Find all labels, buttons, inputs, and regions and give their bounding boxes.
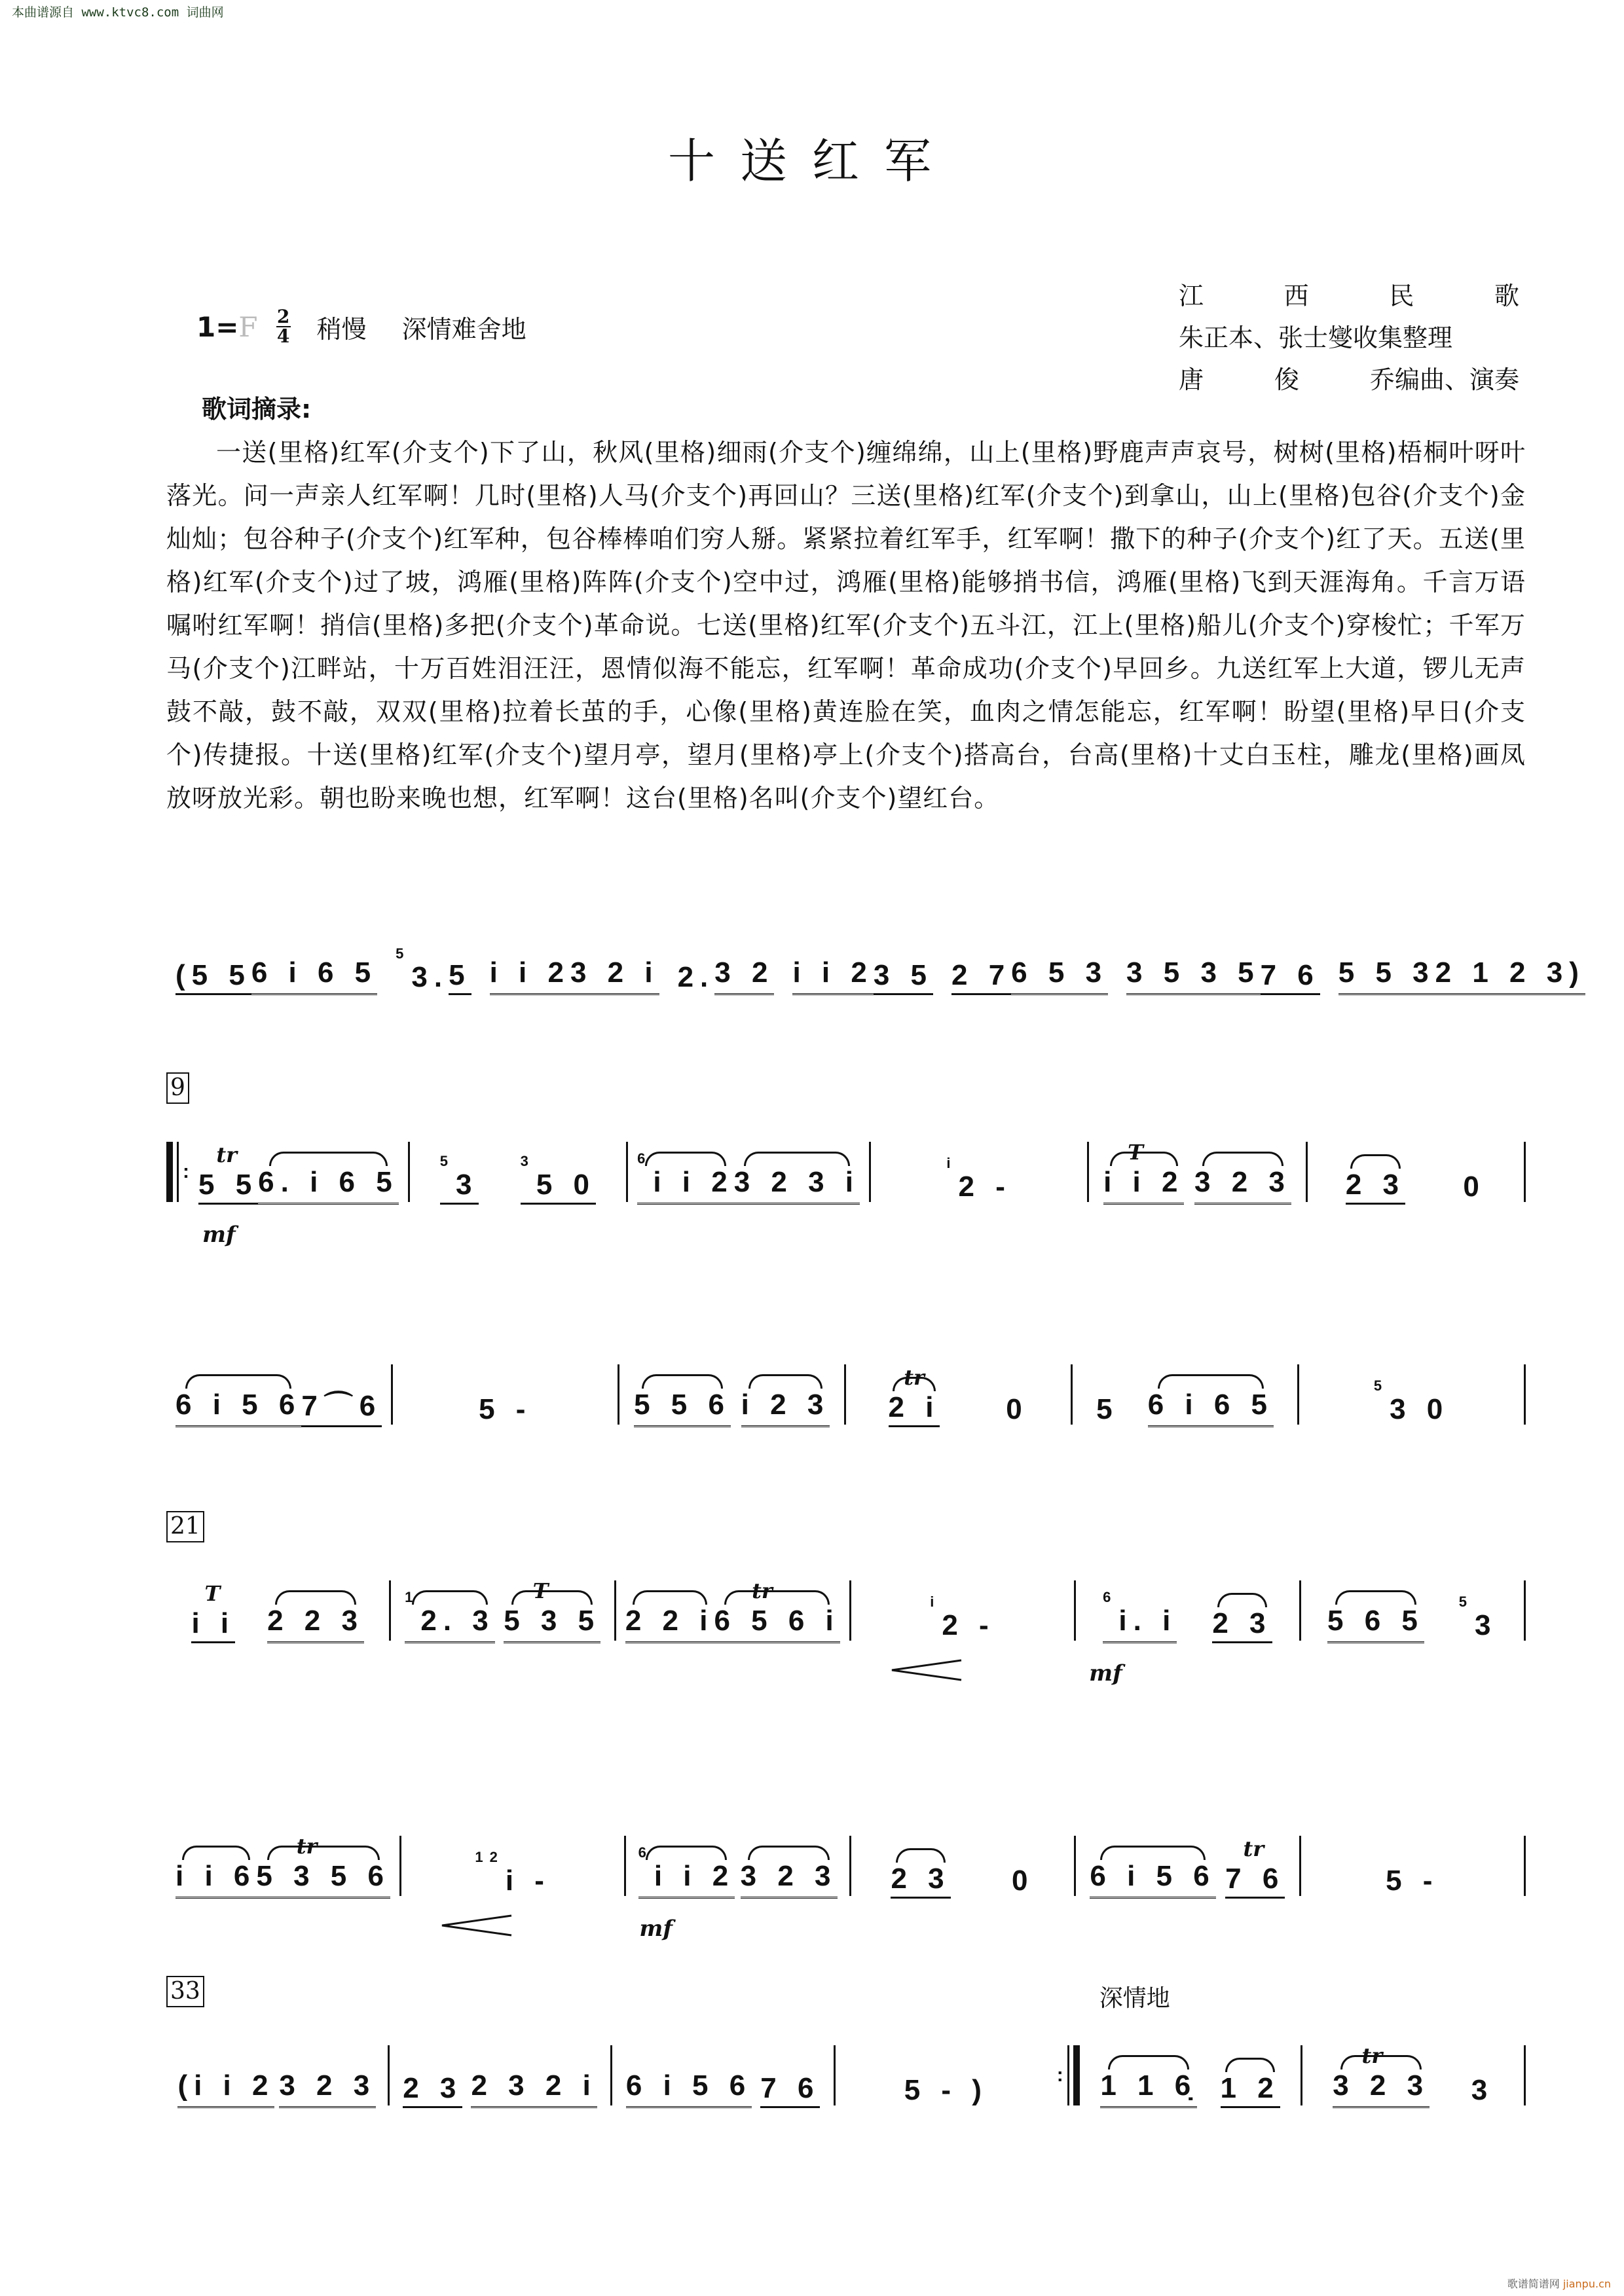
- source-watermark-bottom: 歌谱简谱网 jianpu.cn: [1507, 2276, 1611, 2291]
- notes: 3: [1475, 1609, 1497, 1641]
- rehearsal-mark: 33: [166, 1976, 204, 2007]
- expression-text: 深情地: [1099, 1980, 1170, 2013]
- measure: 6 i 5 67 6: [612, 2043, 834, 2108]
- dynamic-marking: mf: [1089, 1660, 1122, 1686]
- notes: 2 3: [1212, 1607, 1272, 1639]
- notes: 6. i 6 5: [258, 1166, 399, 1198]
- slur-mark: [182, 1846, 250, 1860]
- grace-note: i: [930, 1594, 940, 1610]
- note-group: 7⌒6: [301, 1382, 382, 1427]
- grace-note: 5: [1374, 1377, 1388, 1394]
- note-group: 3: [1471, 2074, 1494, 2108]
- ornament-mark: T: [1128, 1140, 1143, 1165]
- measure: 5 5 6i 2 3: [619, 1362, 844, 1427]
- slur-mark: [748, 1374, 823, 1389]
- barline: [1067, 2045, 1069, 2105]
- notes: i i 2: [792, 957, 873, 989]
- note-group: 2 3 2 i: [471, 2069, 597, 2108]
- grace-note: 5: [440, 1153, 454, 1169]
- notes: 2 2 3: [267, 1605, 364, 1637]
- notes: 2. 3: [420, 1605, 494, 1637]
- staff-line: :5 5tr6. i 6 5mf5335 06i i 23 2 3 ii2 -i…: [166, 1139, 1526, 1205]
- measure: i i 65 3 5 6tr: [166, 1833, 399, 1899]
- source-watermark-top: 本曲谱源自 www.ktvc8.com 词曲网: [12, 3, 224, 20]
- collectors-text: 朱正本、张士燮收集整理: [1179, 317, 1452, 359]
- notes: 3 2 3: [1194, 1166, 1291, 1198]
- crescendo-hairpin: [441, 1914, 513, 1937]
- slur-mark: [645, 1152, 726, 1166]
- measure: 3 2 3tr3: [1302, 2043, 1524, 2108]
- notes: i i: [191, 1607, 235, 1639]
- notes: 3 2 3: [741, 1860, 838, 1892]
- slur-mark: [412, 1590, 488, 1605]
- note-group: 5 -: [1386, 1865, 1439, 1899]
- note-group: 3 2 i: [570, 957, 659, 995]
- slur-mark: [1217, 1593, 1268, 1607]
- lyrics-section: 歌词摘录: 一送(里格)红军(介支个)下了山，秋风(里格)细雨(介支个)缠绵绵，…: [166, 388, 1526, 820]
- score-system: 6 i 5 67⌒65 -5 5 6i 2 32 itr056 i 6 553 …: [166, 1349, 1526, 1453]
- note-group: 5 3 5T: [504, 1605, 600, 1643]
- note-group: (i i 2: [177, 2069, 274, 2108]
- measure: 5335 0: [410, 1139, 626, 1205]
- measure: 5 6 553: [1301, 1578, 1524, 1643]
- score-system: 21i iT2 2 312. 35 3 5T2 2 i6 5 6 itri2 -…: [166, 1552, 1526, 1656]
- dynamic-marking: mf: [202, 1222, 236, 1248]
- notes: 2 -: [942, 1609, 995, 1641]
- measure: i i 23 2 i: [481, 930, 669, 995]
- notes: 2 3: [891, 1863, 950, 1895]
- note-group: 6i i 2: [637, 1166, 734, 1205]
- measure: i2 -: [851, 1578, 1074, 1643]
- lyrics-body: 一送(里格)红军(介支个)下了山，秋风(里格)细雨(介支个)缠绵绵，山上(里格)…: [166, 431, 1526, 820]
- measure: 6 i 5 67 6tr: [1076, 1833, 1299, 1899]
- note-group: 53: [440, 1169, 479, 1205]
- measure: 2 2 i6 5 6 itr: [616, 1578, 849, 1643]
- notes: 3 2 i: [570, 957, 659, 989]
- notes: i i 2: [653, 1166, 733, 1198]
- notes: 5 5 6: [634, 1389, 731, 1421]
- notes: 2 2 i: [625, 1605, 714, 1637]
- note-group: 0: [1012, 1865, 1034, 1899]
- score-system: (5 56 i 6 553.5i i 23 2 i2.3 2i i 23 52 …: [166, 917, 1526, 1021]
- tempo-key-line: 1=F 2 4 稍慢 深情难舍地: [196, 308, 526, 346]
- barline: [1524, 2045, 1526, 2105]
- staff-line: (5 56 i 6 553.5i i 23 2 i2.3 2i i 23 52 …: [166, 930, 1526, 995]
- note-group: 6 5 6 itr: [714, 1605, 840, 1643]
- note-group: 53 0: [1374, 1393, 1449, 1427]
- note-group: 35 0: [521, 1169, 596, 1205]
- credit-char: 江: [1179, 275, 1204, 317]
- notes: i i 6: [175, 1860, 256, 1892]
- note-group: 3 2 3tr: [1333, 2069, 1430, 2108]
- time-sig-top: 2: [277, 308, 289, 326]
- ornament-mark: T: [204, 1581, 220, 1606]
- note-group: 5 5 6: [634, 1389, 731, 1427]
- note-group: 2 3: [891, 1863, 950, 1899]
- note-group: 2 7: [951, 959, 1011, 995]
- trill-mark: tr: [297, 1834, 318, 1859]
- watermark-url: jianpu.cn: [1563, 2278, 1611, 2290]
- measure: 5 5tr6. i 6 5mf: [189, 1139, 408, 1205]
- notes: (5 5: [175, 959, 251, 991]
- note-group: 3 5: [874, 959, 933, 995]
- notes: i i 2: [654, 1860, 735, 1892]
- note-group: 6 5 3: [1011, 957, 1108, 995]
- staff-line: i iT2 2 312. 35 3 5T2 2 i6 5 6 itri2 -6i…: [166, 1578, 1526, 1643]
- measure: (i i 23 2 3: [166, 2043, 388, 2108]
- note-group: 5 -: [479, 1393, 532, 1427]
- notes: 6 i 6 5: [1148, 1389, 1274, 1421]
- notes: i. i: [1118, 1605, 1177, 1637]
- trill-mark: tr: [216, 1142, 237, 1167]
- credit-origin: 江 西 民 歌: [1179, 275, 1519, 317]
- slur-mark: [642, 1374, 723, 1389]
- measure: 3 5 3 57 6: [1117, 930, 1329, 995]
- note-group: i iT: [191, 1607, 235, 1643]
- score-system: 9:5 5tr6. i 6 5mf5335 06i i 23 2 3 ii2 -…: [166, 1113, 1526, 1218]
- notes: 2 7: [951, 959, 1011, 991]
- slur-mark: [1225, 2058, 1276, 2072]
- crescendo-hairpin: [891, 1659, 963, 1681]
- note-group: 1 1 6̣: [1100, 2069, 1197, 2108]
- repeat-end-barline: :: [1057, 2045, 1080, 2105]
- repeat-dots: :: [183, 1162, 189, 1182]
- measure: 2 itr0: [846, 1362, 1071, 1427]
- note-group: 2 3: [1212, 1607, 1272, 1643]
- notes: 5 5 3: [1338, 957, 1435, 989]
- measure: 5 -: [1301, 1833, 1524, 1899]
- notes: 3 0: [1390, 1393, 1449, 1425]
- slur-mark: [1108, 2055, 1189, 2069]
- notes: 6 i 5 6: [175, 1389, 301, 1421]
- notes: 2 -: [959, 1171, 1012, 1203]
- notes: 1 2: [1221, 2072, 1280, 2104]
- credit-char: 歌: [1494, 275, 1519, 317]
- slur-mark: [896, 1848, 946, 1863]
- notes: 6 5 6 i: [714, 1605, 840, 1637]
- slur-mark: [724, 1590, 830, 1605]
- note-group: 53.: [396, 961, 449, 995]
- measure: 深情地1 1 6̣1 2: [1080, 2043, 1301, 2108]
- notes: 3 5: [874, 959, 933, 991]
- tempo-marking: 稍慢: [317, 309, 367, 345]
- slur-mark: [646, 1846, 727, 1860]
- measure: 56 i 6 5: [1073, 1362, 1297, 1427]
- trill-mark: tr: [1362, 2043, 1383, 2068]
- note-group: 6i i 2: [638, 1860, 735, 1899]
- measure: 12. 35 3 5T: [391, 1578, 614, 1643]
- note-group: 2.: [678, 961, 715, 995]
- staff-line: 6 i 5 67⌒65 -5 5 6i 2 32 itr056 i 6 553 …: [166, 1362, 1526, 1427]
- dynamic-marking: mf: [639, 1916, 673, 1942]
- credits-block: 江 西 民 歌 朱正本、张士燮收集整理 唐 俊 乔编曲、演奏: [1179, 275, 1519, 401]
- note-group: 3 2 3: [1194, 1166, 1291, 1205]
- note-group: (5 5: [175, 959, 251, 995]
- slur-mark: [511, 1590, 593, 1605]
- measure: 5 -: [393, 1362, 618, 1427]
- slur-mark: [1100, 1846, 1206, 1860]
- notes: 5 - ): [904, 2074, 988, 2106]
- credit-char: 民: [1389, 275, 1414, 317]
- slur-mark: [185, 1374, 291, 1389]
- notes: 0: [1006, 1393, 1028, 1425]
- notes: 0: [1463, 1171, 1485, 1203]
- grace-note: 6: [1103, 1589, 1117, 1605]
- note-group: 7 6tr: [1225, 1863, 1285, 1899]
- credit-collectors: 朱正本、张士燮收集整理: [1179, 317, 1519, 359]
- note-group: 5 5tr: [198, 1169, 258, 1205]
- notes: 3 2: [714, 957, 774, 989]
- note-group: 7 6: [1261, 959, 1320, 995]
- notes: 2 3: [403, 2072, 462, 2104]
- thick-barline: [1073, 2045, 1080, 2105]
- note-group: i 2 3: [741, 1389, 830, 1427]
- notes: 2 i: [889, 1391, 940, 1423]
- note-group: 3 2 3: [279, 2069, 376, 2108]
- notes: 2 3 2 i: [471, 2069, 597, 2102]
- note-group: 5 5 3: [1338, 957, 1435, 995]
- slur-mark: [269, 1152, 387, 1166]
- notes: 7 6: [760, 2072, 820, 2104]
- notes: 6 5 3: [1011, 957, 1108, 989]
- slur-mark: [275, 1590, 356, 1605]
- notes: 7⌒6: [301, 1390, 382, 1422]
- key-letter: F: [238, 311, 257, 343]
- notes: i 2 3: [741, 1389, 830, 1421]
- slur-mark: [1202, 1152, 1283, 1166]
- notes: 3: [1471, 2074, 1494, 2106]
- measure: 2 30: [851, 1833, 1074, 1899]
- notes: 2 1 2 3): [1435, 957, 1585, 989]
- slur-mark: [1158, 1374, 1264, 1389]
- key-signature: 1=F: [196, 311, 258, 343]
- note-group: 5: [1096, 1393, 1118, 1427]
- notes: 5 -: [479, 1393, 532, 1425]
- measure: 6i i 23 2 3mf: [626, 1833, 849, 1899]
- note-group: 2 itr: [889, 1391, 940, 1427]
- note-group: 0: [1463, 1171, 1485, 1205]
- notes: i i 2: [1103, 1166, 1184, 1198]
- measure: 53 0: [1299, 1362, 1524, 1427]
- note-group: 2 1 2 3): [1435, 957, 1585, 995]
- note-group: 6i. i: [1103, 1605, 1177, 1643]
- grace-note: 12: [475, 1849, 504, 1865]
- time-sig-bottom: 4: [277, 327, 289, 346]
- note-group: 12. 3: [405, 1605, 495, 1643]
- notes: 5 5: [198, 1169, 258, 1201]
- notes: i i 2: [490, 957, 570, 989]
- trill-mark: tr: [1243, 1836, 1264, 1861]
- note-group: 2 2 i: [625, 1605, 714, 1643]
- measure: 6i i 23 2 3 i: [628, 1139, 869, 1205]
- notes: 3 2 3: [1333, 2069, 1430, 2102]
- measure: 5 5 32 1 2 3): [1329, 930, 1595, 995]
- notes: 5: [449, 959, 471, 991]
- slur-mark: [1335, 1590, 1416, 1605]
- barline: [1524, 1836, 1526, 1896]
- note-group: 6 i 5 6: [1090, 1860, 1215, 1899]
- grace-note: 5: [1459, 1594, 1473, 1610]
- note-group: 5 - ): [904, 2074, 988, 2108]
- measure: i2 -: [871, 1139, 1087, 1205]
- notes: 5 0: [536, 1169, 596, 1201]
- notes: 6 i 5 6: [626, 2069, 752, 2102]
- notes: i -: [506, 1865, 551, 1897]
- note-group: 6 i 6 5: [251, 957, 377, 995]
- credit-char: 西: [1284, 275, 1309, 317]
- grace-note: i: [946, 1155, 957, 1171]
- repeat-dots: :: [1057, 2066, 1063, 2085]
- notes: 2.: [678, 961, 715, 993]
- measure: 2 30: [1308, 1139, 1524, 1205]
- note-group: 7 6: [760, 2072, 820, 2108]
- notes: 6 i 5 6: [1090, 1860, 1215, 1892]
- note-group: 5 6 5: [1327, 1605, 1424, 1643]
- trill-mark: tr: [752, 1578, 773, 1603]
- notes: 7 6: [1225, 1863, 1285, 1895]
- grace-note: 5: [396, 945, 410, 962]
- measure: 12i -: [401, 1833, 624, 1899]
- score-system: 33(i i 23 2 32 32 3 2 i6 i 5 67 65 - ):深…: [166, 2016, 1526, 2121]
- note-group: 6. i 6 5: [258, 1166, 399, 1205]
- thick-barline: [166, 1142, 173, 1202]
- slur-mark: [1110, 1152, 1178, 1166]
- note-group: i i 6: [175, 1860, 256, 1899]
- note-group: i2 -: [946, 1171, 1011, 1205]
- key-prefix: 1=: [196, 311, 238, 343]
- notes: 2 3: [1346, 1169, 1405, 1201]
- measure: 6i. i2 3mf: [1076, 1578, 1299, 1643]
- rehearsal-mark: 21: [166, 1511, 204, 1542]
- note-group: i2 -: [930, 1609, 995, 1643]
- note-group: i i 2: [792, 957, 873, 995]
- note-group: 0: [1006, 1393, 1028, 1427]
- slur-mark: [633, 1590, 707, 1605]
- notes: 5 3 5 6: [256, 1860, 390, 1892]
- score-system: i i 65 3 5 6tr12i -6i i 23 2 3mf2 306 i …: [166, 1820, 1526, 1925]
- note-group: 1 2: [1221, 2072, 1280, 2108]
- note-group: 12i -: [475, 1865, 551, 1899]
- note-group: 3 2: [714, 957, 774, 995]
- slur-mark: [748, 1846, 829, 1860]
- note-group: 2 3: [403, 2072, 462, 2108]
- measure: i i 2T3 2 3: [1089, 1139, 1305, 1205]
- slur-mark: [267, 1846, 380, 1860]
- note-group: 53: [1459, 1609, 1498, 1643]
- barline: [1524, 1142, 1526, 1202]
- note-group: 6 i 5 6: [626, 2069, 752, 2108]
- notes: 5: [1096, 1393, 1118, 1425]
- staff-line: (i i 23 2 32 32 3 2 i6 i 5 67 65 - ):深情地…: [166, 2043, 1526, 2108]
- slur-mark: [744, 1152, 850, 1166]
- ornament-mark: T: [533, 1578, 549, 1603]
- measure: 2 32 3 2 i: [390, 2043, 611, 2108]
- measure: 5 - ): [836, 2043, 1057, 2108]
- grace-note: 3: [521, 1153, 535, 1169]
- page-title: 十送红军: [0, 123, 1624, 191]
- trill-mark: tr: [904, 1365, 925, 1390]
- notes: 3 2 3 i: [734, 1166, 860, 1198]
- notes: 3.: [411, 961, 449, 993]
- note-group: 2 2 3: [267, 1605, 364, 1643]
- measure: 2.3 2: [669, 930, 784, 995]
- notes: 5 3 5: [504, 1605, 600, 1637]
- note-group: 5: [449, 959, 471, 995]
- rehearsal-mark: 9: [166, 1072, 189, 1104]
- measure: 2 76 5 3: [942, 930, 1117, 995]
- barline: [1524, 1580, 1526, 1641]
- notes: 0: [1012, 1865, 1034, 1897]
- notes: 3: [456, 1169, 478, 1201]
- slur-mark: [1350, 1154, 1401, 1169]
- notes: 3 2 3: [279, 2069, 376, 2102]
- measure: 53.5: [386, 930, 480, 995]
- notes: 7 6: [1261, 959, 1320, 991]
- notes: 6 i 6 5: [251, 957, 377, 989]
- notes: (i i 2: [177, 2069, 274, 2102]
- watermark-label: 歌谱简谱网: [1507, 2278, 1560, 2290]
- measure: 6 i 5 67⌒6: [166, 1362, 391, 1427]
- note-group: i i 2: [490, 957, 570, 995]
- barline: [1524, 1364, 1526, 1425]
- repeat-start-barline: :: [166, 1142, 189, 1202]
- note-group: 2 3: [1346, 1169, 1405, 1205]
- note-group: 5 3 5 6tr: [256, 1860, 390, 1899]
- measure: i iT2 2 3: [166, 1578, 389, 1643]
- notes: 5 -: [1386, 1865, 1439, 1897]
- time-signature: 2 4: [276, 308, 291, 346]
- notes: 1 1 6̣: [1100, 2069, 1197, 2102]
- notes: 3 5 3 5: [1126, 957, 1261, 989]
- note-group: 3 2 3: [741, 1860, 838, 1899]
- note-group: 6 i 6 5: [1148, 1389, 1274, 1427]
- expression-marking: 深情难舍地: [402, 309, 526, 345]
- measure: (5 56 i 6 5: [166, 930, 386, 995]
- note-group: 3 2 3 i: [734, 1166, 860, 1205]
- note-group: 6 i 5 6: [175, 1389, 301, 1427]
- barline: [177, 1142, 179, 1202]
- note-group: i i 2T: [1103, 1166, 1184, 1205]
- note-group: 3 5 3 5: [1126, 957, 1261, 995]
- lyrics-heading: 歌词摘录:: [202, 388, 1526, 431]
- notes: 5 6 5: [1327, 1605, 1424, 1637]
- staff-line: i i 65 3 5 6tr12i -6i i 23 2 3mf2 306 i …: [166, 1833, 1526, 1899]
- measure: i i 23 5: [783, 930, 942, 995]
